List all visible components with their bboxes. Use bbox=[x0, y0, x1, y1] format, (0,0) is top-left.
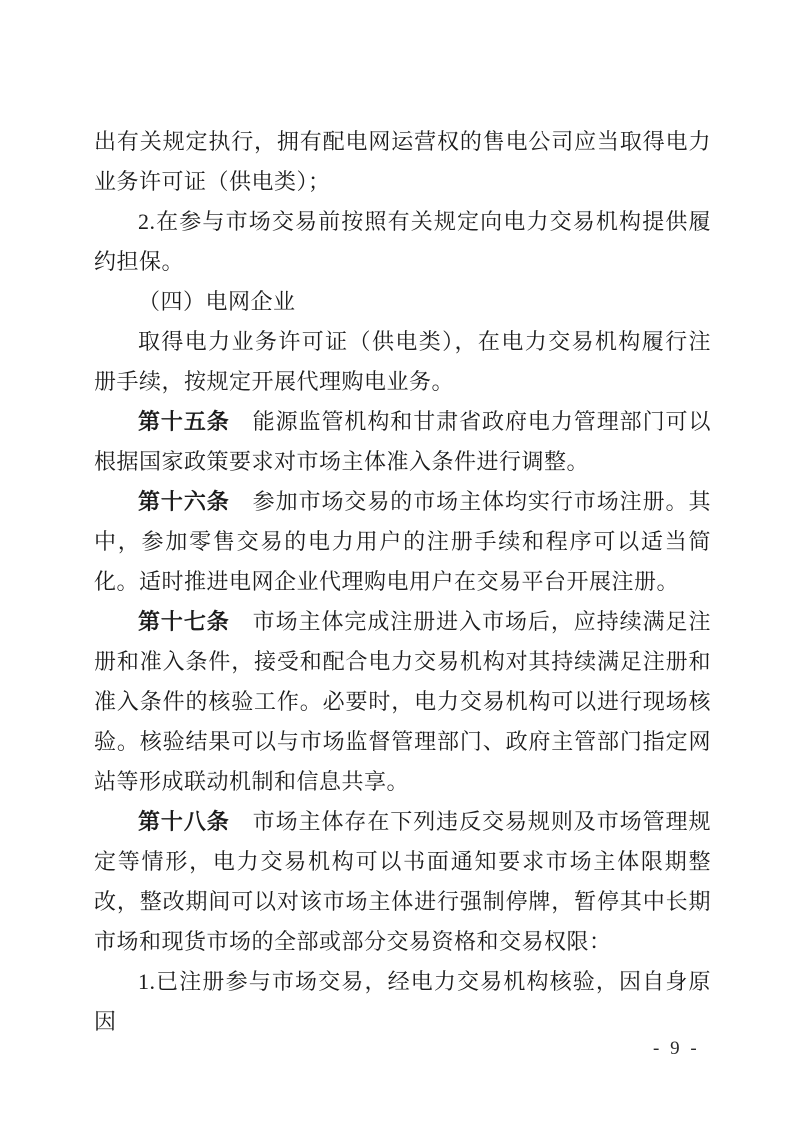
paragraph: 出有关规定执行，拥有配电网运营权的售电公司应当取得电力业务许可证（供电类）； bbox=[94, 122, 711, 202]
article-number: 第十七条 bbox=[138, 609, 230, 634]
paragraph: 第十五条 能源监管机构和甘肃省政府电力管理部门可以根据国家政策要求对市场主体准入… bbox=[94, 402, 711, 482]
paragraph: 第十六条 参加市场交易的市场主体均实行市场注册。其中，参加零售交易的电力用户的注… bbox=[94, 482, 711, 602]
paragraph: 1.已注册参与市场交易，经电力交易机构核验，因自身原因 bbox=[94, 962, 711, 1042]
text-segment: 市场主体完成注册进入市场后，应持续满足注册和准入条件，接受和配合电力交易机构对其… bbox=[94, 609, 711, 794]
article-number: 第十六条 bbox=[138, 489, 230, 514]
paragraph: 第十七条 市场主体完成注册进入市场后，应持续满足注册和准入条件，接受和配合电力交… bbox=[94, 602, 711, 802]
text-segment: 取得电力业务许可证（供电类），在电力交易机构履行注册手续，按规定开展代理购电业务… bbox=[94, 329, 711, 394]
text-segment: 出有关规定执行，拥有配电网运营权的售电公司应当取得电力业务许可证（供电类）； bbox=[94, 129, 711, 194]
text-segment: （四）电网企业 bbox=[138, 289, 296, 314]
document-page: 出有关规定执行，拥有配电网运营权的售电公司应当取得电力业务许可证（供电类）；2.… bbox=[0, 0, 800, 1140]
paragraph: 2.在参与市场交易前按照有关规定向电力交易机构提供履约担保。 bbox=[94, 202, 711, 282]
text-segment: 2.在参与市场交易前按照有关规定向电力交易机构提供履约担保。 bbox=[94, 209, 711, 274]
page-number: - 9 - bbox=[653, 1038, 700, 1060]
article-number: 第十八条 bbox=[138, 809, 230, 834]
paragraph: 取得电力业务许可证（供电类），在电力交易机构履行注册手续，按规定开展代理购电业务… bbox=[94, 322, 711, 402]
paragraph: （四）电网企业 bbox=[94, 282, 711, 322]
article-number: 第十五条 bbox=[138, 409, 230, 434]
paragraph: 第十八条 市场主体存在下列违反交易规则及市场管理规定等情形，电力交易机构可以书面… bbox=[94, 802, 711, 962]
text-segment: 1.已注册参与市场交易，经电力交易机构核验，因自身原因 bbox=[94, 969, 711, 1034]
document-body: 出有关规定执行，拥有配电网运营权的售电公司应当取得电力业务许可证（供电类）；2.… bbox=[94, 122, 711, 1042]
